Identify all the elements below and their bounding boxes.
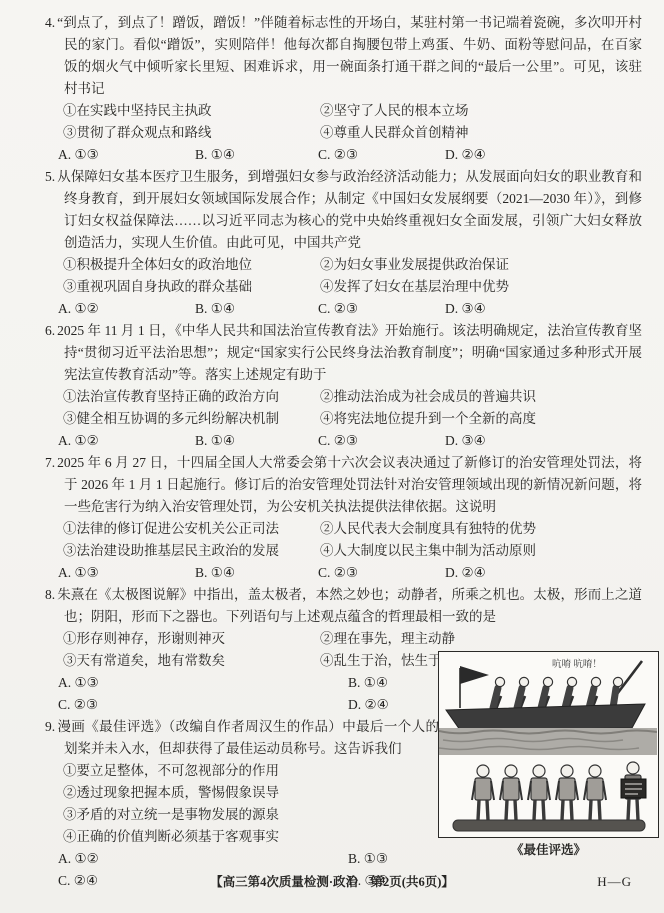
choice-row: A. ①② B. ①④ C. ②③ D. ③④ bbox=[45, 430, 642, 452]
choice-a: A. ①② bbox=[58, 848, 348, 870]
option-row: ③健全相互协调的多元纠纷解决机制 ④将宪法地位提升到一个全新的高度 bbox=[45, 408, 642, 430]
footer-page-info: 【高三第4次质量检测·政治 第2页(共6页)】 bbox=[0, 872, 664, 892]
option-1: ①要立足整体，不可忽视部分的作用 bbox=[45, 760, 439, 782]
athlete bbox=[500, 765, 522, 820]
athlete bbox=[528, 765, 550, 820]
athlete bbox=[556, 765, 578, 820]
choice-c: C. ②③ bbox=[58, 694, 348, 716]
choice-a: A. ①③ bbox=[58, 144, 195, 166]
option-3: ③重视巩固自身执政的群众基础 bbox=[63, 276, 320, 298]
option-2: ②为妇女事业发展提供政治保证 bbox=[320, 254, 642, 276]
choice-a: A. ①③ bbox=[58, 562, 195, 584]
choice-c: C. ②③ bbox=[318, 562, 445, 584]
exam-page: 4.“到点了，到点了！蹭饭，蹭饭！”伴随着标志性的开场白，某驻村第一书记端着瓷碗… bbox=[0, 0, 664, 913]
question-text: 漫画《最佳评选》（改编自作者周汉生的作品）中最后一个人的划桨并未入水，但却获得了… bbox=[57, 719, 439, 756]
option-row: ①积极提升全体妇女的政治地位 ②为妇女事业发展提供政治保证 bbox=[45, 254, 642, 276]
choice-a: A. ①② bbox=[58, 298, 195, 320]
question-stem: 4.“到点了，到点了！蹭饭，蹭饭！”伴随着标志性的开场白，某驻村第一书记端着瓷碗… bbox=[45, 12, 642, 100]
choice-row: A. ①③ B. ①④ C. ②③ D. ②④ bbox=[45, 144, 642, 166]
question-stem: 5.从保障妇女基本医疗卫生服务，到增强妇女参与政治经济活动能力；从发展面向妇女的… bbox=[45, 166, 642, 254]
footer-code: H—G bbox=[597, 872, 632, 892]
question-number: 6. bbox=[45, 323, 57, 338]
question-9: 9.漫画《最佳评选》（改编自作者周汉生的作品）中最后一个人的划桨并未入水，但却获… bbox=[45, 716, 439, 892]
question-number: 4. bbox=[45, 15, 57, 30]
choice-b: B. ①④ bbox=[195, 430, 318, 452]
option-row: ③重视巩固自身执政的群众基础 ④发挥了妇女在基层治理中优势 bbox=[45, 276, 642, 298]
rowers bbox=[493, 677, 623, 708]
question-text: 从保障妇女基本医疗卫生服务，到增强妇女参与政治经济活动能力；从发展面向妇女的职业… bbox=[57, 169, 642, 250]
option-4: ④尊重人民群众首创精神 bbox=[320, 122, 642, 144]
flag-icon bbox=[460, 666, 489, 708]
option-1: ①形存则神存，形谢则神灭 bbox=[63, 628, 320, 650]
question-stem: 6.2025 年 11 月 1 日，《中华人民共和国法治宣传教育法》开始施行。该… bbox=[45, 320, 642, 386]
question-text: 朱熹在《太极图说解》中指出，盖太极者，本然之妙也；动静者，所乘之机也。太极，形而… bbox=[57, 587, 642, 624]
option-4: ④发挥了妇女在基层治理中优势 bbox=[320, 276, 642, 298]
option-3: ③天有常道矣，地有常数矣 bbox=[63, 650, 320, 672]
athletes-illustration bbox=[453, 762, 646, 831]
question-text: “到点了，到点了！蹭饭，蹭饭！”伴随着标志性的开场白，某驻村第一书记端着瓷碗，多… bbox=[57, 15, 642, 96]
choice-c: C. ②③ bbox=[318, 144, 445, 166]
option-row: ①在实践中坚持民主执政 ②坚守了人民的根本立场 bbox=[45, 100, 642, 122]
choice-d: D. ②④ bbox=[445, 562, 642, 584]
cartoon-shout-text: 吭唷 吭唷！ bbox=[552, 658, 602, 670]
choice-d: D. ③④ bbox=[445, 430, 642, 452]
option-2: ②理在事先，理主动静 bbox=[320, 628, 642, 650]
option-row: ①法治宣传教育坚持正确的政治方向 ②推动法治成为社会成员的普遍共识 bbox=[45, 386, 642, 408]
choice-row: A. ①② B. ①④ C. ②③ D. ③④ bbox=[45, 298, 642, 320]
question-stem: 8.朱熹在《太极图说解》中指出，盖太极者，本然之妙也；动静者，所乘之机也。太极，… bbox=[45, 584, 642, 628]
question-number: 9. bbox=[45, 719, 57, 734]
question-number: 7. bbox=[45, 455, 57, 470]
option-4: ④人大制度以民主集中制为活动原则 bbox=[320, 540, 642, 562]
option-1: ①法治宣传教育坚持正确的政治方向 bbox=[63, 386, 320, 408]
option-4: ④正确的价值判断必须基于客观事实 bbox=[45, 826, 439, 848]
option-3: ③贯彻了群众观点和路线 bbox=[63, 122, 320, 144]
option-row: ①形存则神存，形谢则神灭 ②理在事先，理主动静 bbox=[45, 628, 642, 650]
choice-a: A. ①③ bbox=[58, 672, 348, 694]
cartoon-image: 吭唷 吭唷！ bbox=[438, 651, 659, 838]
option-3: ③法治建设助推基层民主政治的发展 bbox=[63, 540, 320, 562]
option-4: ④将宪法地位提升到一个全新的高度 bbox=[320, 408, 642, 430]
choice-c: C. ②③ bbox=[318, 298, 445, 320]
cartoon-caption: 《最佳评选》 bbox=[438, 840, 659, 860]
option-2: ②人民代表大会制度具有独特的优势 bbox=[320, 518, 642, 540]
choice-b: B. ①④ bbox=[195, 298, 318, 320]
question-text: 2025 年 11 月 1 日，《中华人民共和国法治宣传教育法》开始施行。该法明… bbox=[57, 323, 642, 382]
boat-illustration bbox=[439, 661, 657, 755]
choice-d: D. ③④ bbox=[445, 298, 642, 320]
option-row: ③贯彻了群众观点和路线 ④尊重人民群众首创精神 bbox=[45, 122, 642, 144]
choice-d: D. ②④ bbox=[445, 144, 642, 166]
option-3: ③健全相互协调的多元纠纷解决机制 bbox=[63, 408, 320, 430]
option-row: ③法治建设助推基层民主政治的发展 ④人大制度以民主集中制为活动原则 bbox=[45, 540, 642, 562]
option-1: ①法律的修订促进公安机关公正司法 bbox=[63, 518, 320, 540]
question-5: 5.从保障妇女基本医疗卫生服务，到增强妇女参与政治经济活动能力；从发展面向妇女的… bbox=[45, 166, 642, 320]
option-2: ②坚守了人民的根本立场 bbox=[320, 100, 642, 122]
choice-b: B. ①④ bbox=[195, 144, 318, 166]
option-1: ①在实践中坚持民主执政 bbox=[63, 100, 320, 122]
question-6: 6.2025 年 11 月 1 日，《中华人民共和国法治宣传教育法》开始施行。该… bbox=[45, 320, 642, 452]
choice-b: B. ①④ bbox=[195, 562, 318, 584]
athlete bbox=[472, 765, 494, 820]
question-7: 7.2025 年 6 月 27 日，十四届全国人大常委会第十六次会议表决通过了新… bbox=[45, 452, 642, 584]
option-2: ②透过现象把握本质，警惕假象误导 bbox=[45, 782, 439, 804]
question-stem: 9.漫画《最佳评选》（改编自作者周汉生的作品）中最后一个人的划桨并未入水，但却获… bbox=[45, 716, 439, 760]
question-text: 2025 年 6 月 27 日，十四届全国人大常委会第十六次会议表决通过了新修订… bbox=[57, 455, 642, 514]
question-stem: 7.2025 年 6 月 27 日，十四届全国人大常委会第十六次会议表决通过了新… bbox=[45, 452, 642, 518]
choice-row: A. ①② B. ①③ bbox=[45, 848, 439, 870]
choice-a: A. ①② bbox=[58, 430, 195, 452]
option-1: ①积极提升全体妇女的政治地位 bbox=[63, 254, 320, 276]
choice-row: A. ①③ B. ①④ C. ②③ D. ②④ bbox=[45, 562, 642, 584]
option-2: ②推动法治成为社会成员的普遍共识 bbox=[320, 386, 642, 408]
athlete bbox=[584, 765, 606, 820]
cartoon-illustration: 吭唷 吭唷！ bbox=[439, 652, 657, 836]
question-4: 4.“到点了，到点了！蹭饭，蹭饭！”伴随着标志性的开场白，某驻村第一书记端着瓷碗… bbox=[45, 12, 642, 166]
option-3: ③矛盾的对立统一是事物发展的源泉 bbox=[45, 804, 439, 826]
question-number: 8. bbox=[45, 587, 57, 602]
option-row: ①法律的修订促进公安机关公正司法 ②人民代表大会制度具有独特的优势 bbox=[45, 518, 642, 540]
athlete-with-sign bbox=[621, 762, 646, 820]
choice-c: C. ②③ bbox=[318, 430, 445, 452]
question-number: 5. bbox=[45, 169, 57, 184]
choice-b: B. ①③ bbox=[348, 848, 439, 870]
